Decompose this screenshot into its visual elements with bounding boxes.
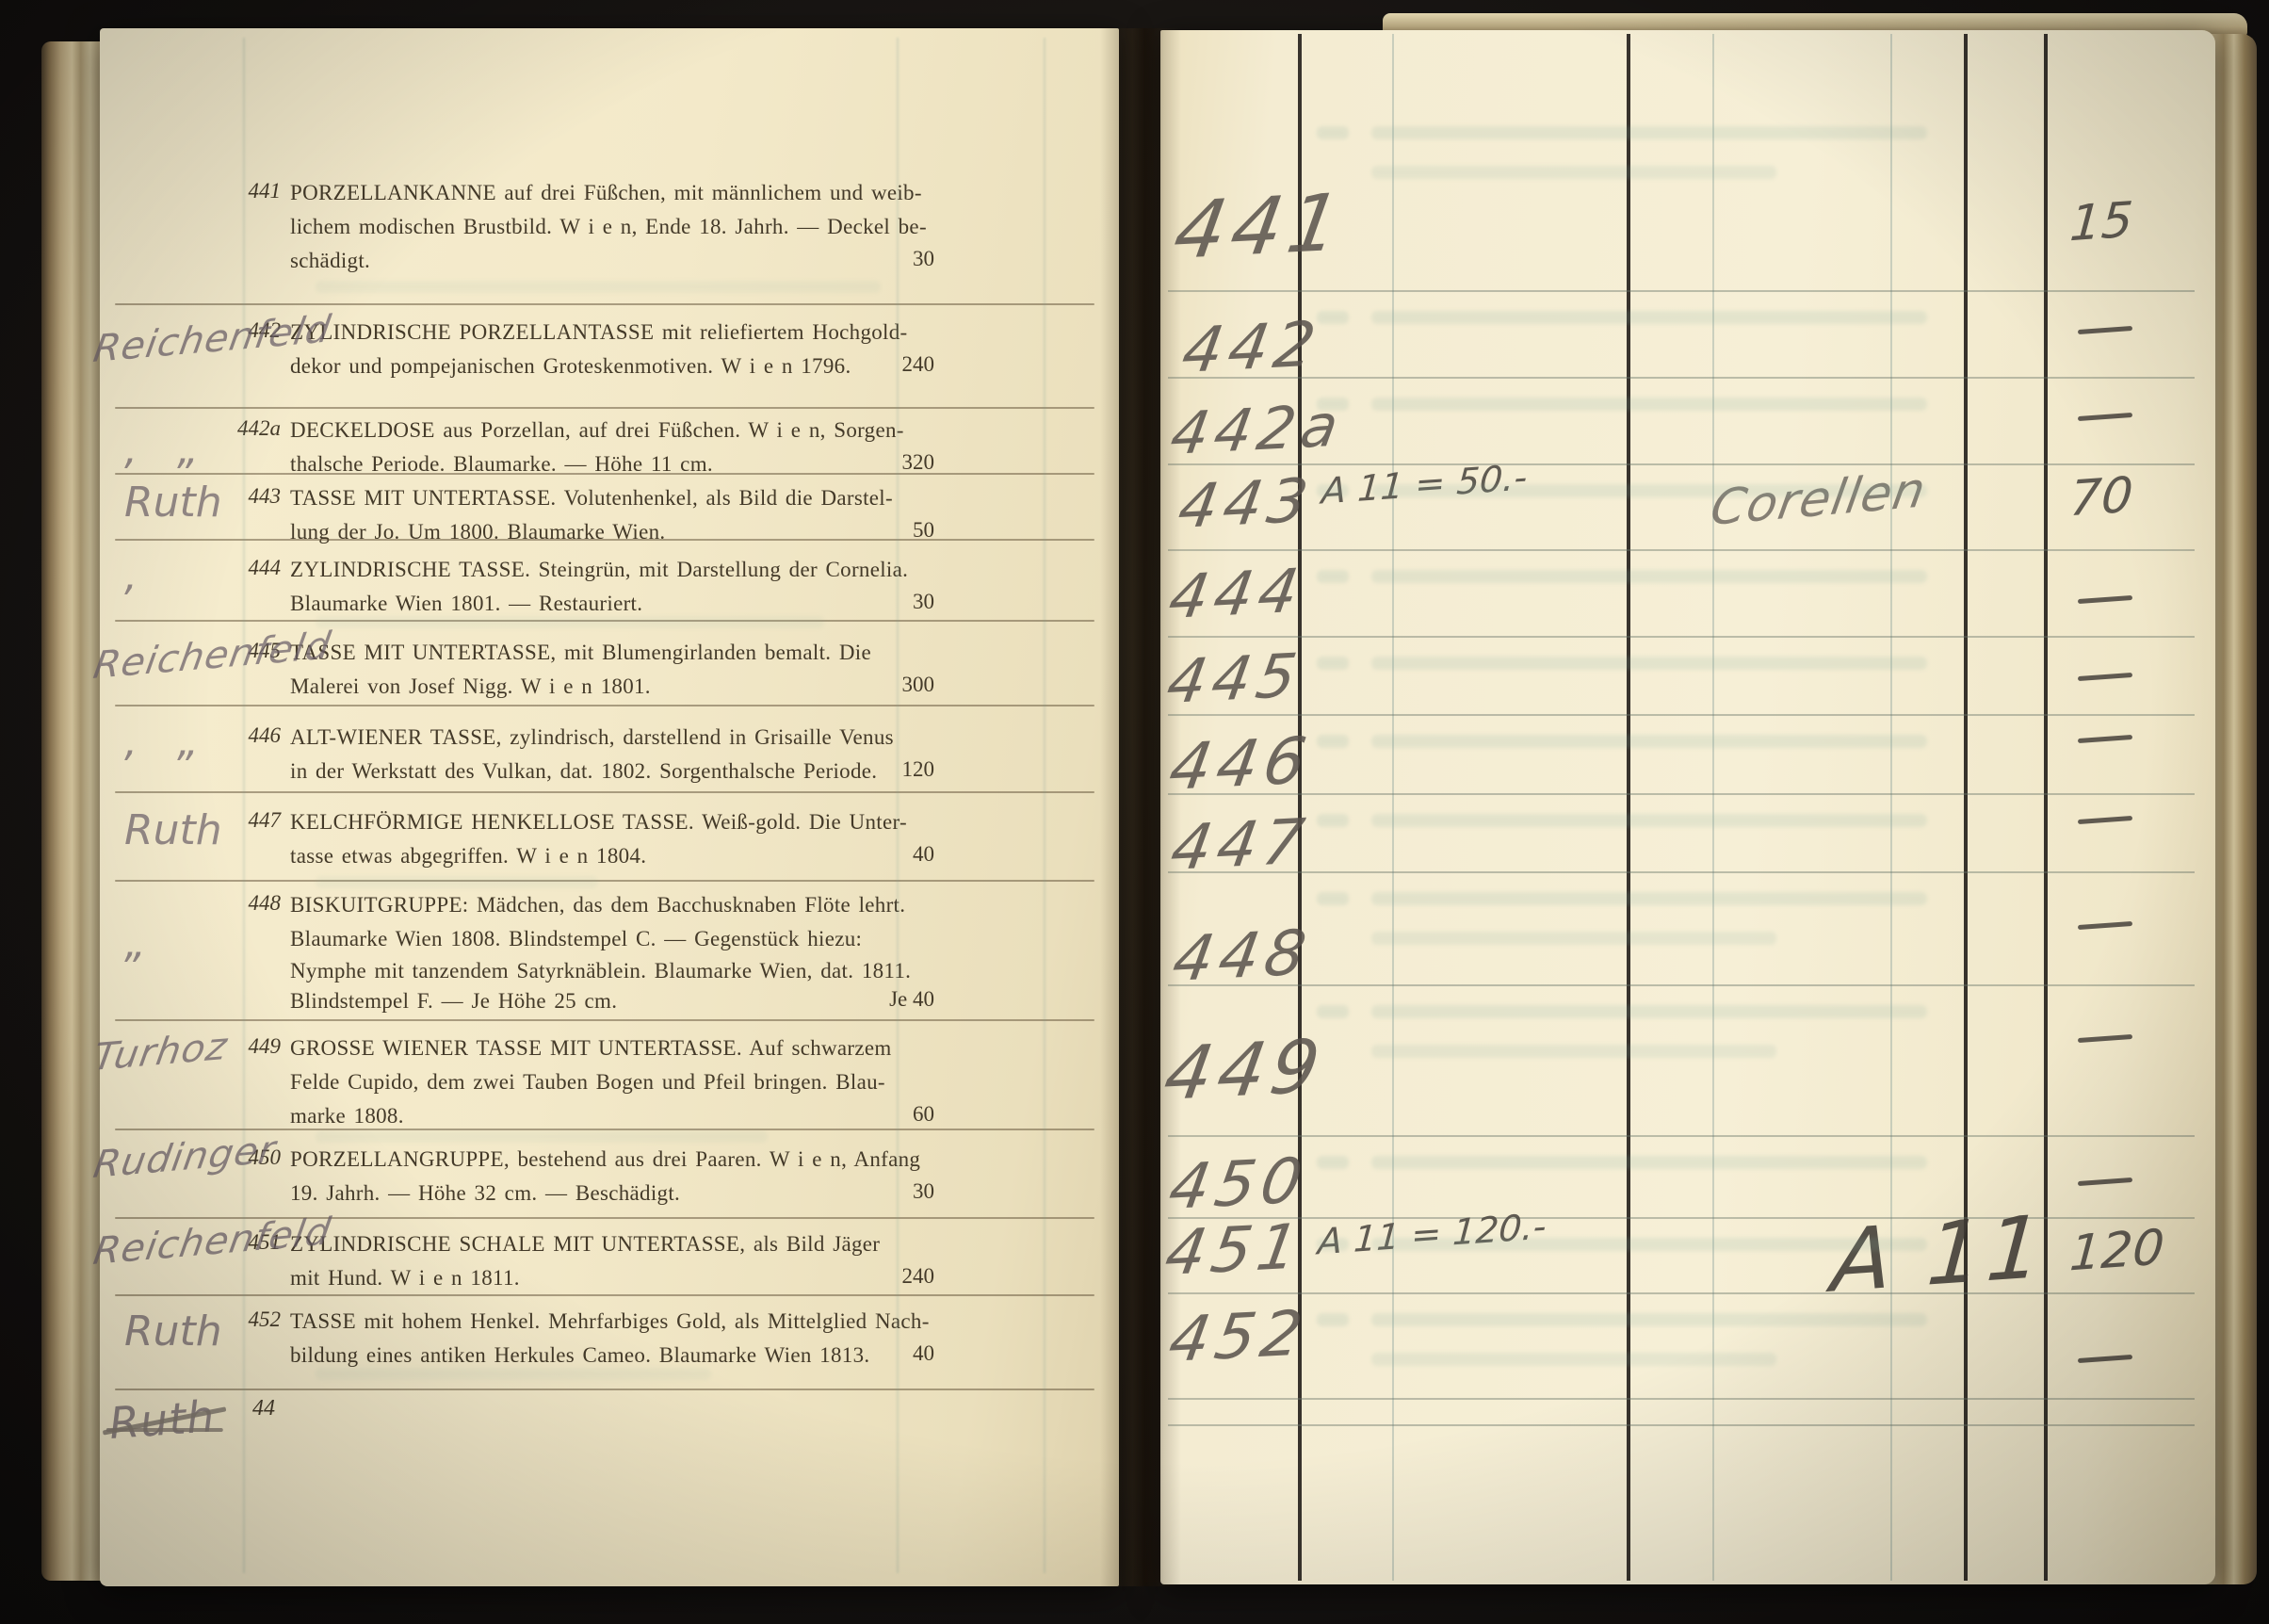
handwritten-lot-number: 448 [1168, 917, 1317, 996]
ledger-amount: 120 [2068, 1220, 2166, 1283]
bleed-through-text [1371, 892, 1927, 905]
right-page-ledger: 44115442442a44370A 11 = 50.-Corellen4444… [0, 0, 2269, 1624]
ledger-row-line [1168, 793, 2195, 795]
ledger-column-line [2044, 34, 2048, 1581]
handwritten-note: A 11 = 120.- [1317, 1206, 1548, 1263]
bleed-through-text [1317, 570, 1349, 583]
ledger-column-line [1964, 34, 1968, 1581]
bleed-through-text [1371, 311, 1927, 324]
page-signature: 44 [252, 1396, 275, 1421]
ledger-row-line [1168, 290, 2195, 292]
bleed-through-text [1317, 814, 1349, 827]
handwritten-lot-number: 452 [1164, 1297, 1313, 1376]
bleed-through-text [1317, 892, 1349, 905]
handwritten-lot-number: 443 [1174, 466, 1318, 543]
handwritten-note-large: A 11 [1828, 1196, 2049, 1311]
bleed-through-text [1371, 814, 1927, 827]
bleed-through-text [1317, 398, 1349, 411]
bleed-through-text [1317, 735, 1349, 748]
strike-mark [106, 1428, 223, 1432]
ledger-dash [2078, 1355, 2132, 1363]
ledger-amount: 15 [2068, 192, 2135, 252]
bleed-through-text [1317, 311, 1349, 324]
ledger-row-line [1168, 463, 2195, 465]
ledger-row-line [1168, 714, 2195, 716]
bleed-through-text [1371, 1005, 1927, 1018]
handwritten-lot-number: 444 [1164, 557, 1308, 633]
bleed-through-text [1317, 1238, 1349, 1251]
bleed-through-text [1371, 657, 1927, 670]
ledger-faint-column-line [1712, 34, 1714, 1581]
book-spread-photo: 441PORZELLANKANNE auf drei Füßchen, mit … [0, 0, 2269, 1624]
ledger-faint-column-line [1392, 34, 1394, 1581]
ledger-row-line [1168, 1135, 2195, 1137]
ledger-dash [2078, 673, 2132, 681]
ledger-column-line [1627, 34, 1630, 1581]
bleed-through-text [1371, 570, 1927, 583]
ledger-dash [2078, 735, 2132, 743]
bleed-through-text [1371, 126, 1927, 139]
bleed-through-text [1371, 1238, 1927, 1251]
handwritten-lot-number: 449 [1159, 1024, 1331, 1117]
ledger-dash [2078, 921, 2132, 930]
bleed-through-text [1317, 1005, 1349, 1018]
ledger-dash [2078, 816, 2132, 824]
bleed-through-text [1317, 126, 1349, 139]
handwritten-name-note: Corellen [1707, 463, 1930, 537]
ledger-amount: 70 [2068, 467, 2135, 528]
handwritten-lot-number: 447 [1166, 805, 1315, 885]
ledger-row-line [1168, 377, 2195, 379]
ledger-row-line [1168, 1424, 2195, 1426]
ledger-row-line [1168, 549, 2195, 551]
bleed-through-text [1371, 1353, 1776, 1366]
handwritten-lot-number: 451 [1160, 1210, 1309, 1290]
handwritten-lot-number: 442 [1177, 308, 1326, 387]
bleed-through-text [1371, 1313, 1927, 1326]
handwritten-lot-number: 446 [1164, 723, 1317, 805]
ledger-dash [2078, 1034, 2132, 1043]
bleed-through-text [1371, 398, 1927, 411]
bleed-through-text [1317, 657, 1349, 670]
ledger-row-line [1168, 871, 2195, 873]
bleed-through-text [1371, 932, 1776, 945]
bleed-through-text [1371, 166, 1776, 179]
ledger-dash [2078, 1177, 2132, 1186]
ledger-row-line [1168, 636, 2195, 638]
bleed-through-text [1317, 1313, 1349, 1326]
bleed-through-text [1371, 1156, 1927, 1169]
ledger-dash [2078, 326, 2132, 334]
crossed-out-annotation: Ruth [107, 1390, 217, 1449]
handwritten-lot-number: 441 [1168, 176, 1353, 277]
ledger-dash [2078, 595, 2132, 604]
ledger-faint-column-line [1890, 34, 1892, 1581]
bleed-through-text [1317, 484, 1349, 497]
bleed-through-text [1371, 484, 1927, 497]
ledger-row-line [1168, 1398, 2195, 1400]
bleed-through-text [1317, 1156, 1349, 1169]
ledger-dash [2078, 413, 2132, 421]
bleed-through-text [1371, 1045, 1776, 1058]
bleed-through-text [1371, 735, 1927, 748]
ledger-row-line [1168, 984, 2195, 986]
handwritten-lot-number: 445 [1162, 641, 1306, 718]
